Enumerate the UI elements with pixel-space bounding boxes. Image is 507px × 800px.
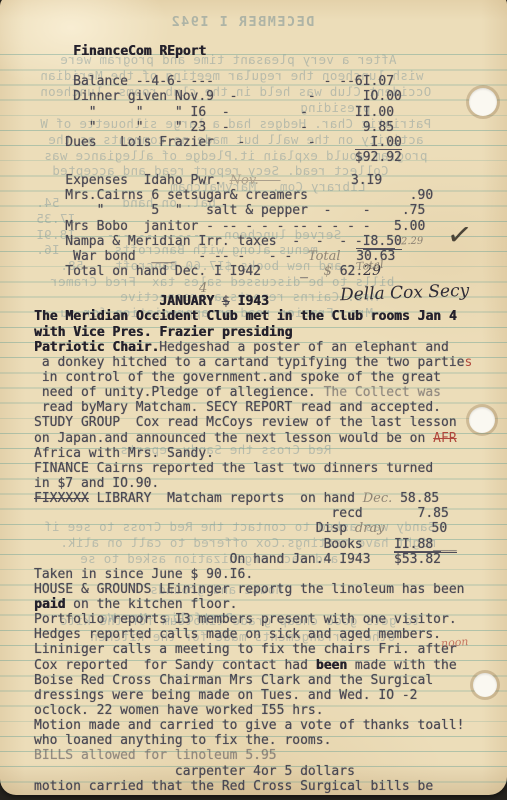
typed-line: Dinner given Nov.9 - - IO.00 — [34, 89, 507, 104]
typed-line: Nampa & Meridian Irr. taxes - - - -I8.50 — [34, 234, 507, 249]
text-segment: Books — [34, 537, 394, 552]
typed-line: Portfolio reports I3 members present wit… — [34, 612, 507, 627]
typed-line: paid on the kitchen floor. — [34, 597, 507, 612]
text-segment: paid — [34, 597, 65, 612]
typed-line: Expenses Idaho Pwr. Nov. ---- 3.I9 — [34, 173, 507, 188]
text-segment: 29 — [363, 263, 381, 279]
text-segment: on Japan.and announced the next lesson w… — [34, 431, 433, 446]
text-segment: made with the — [347, 658, 457, 673]
text-segment: AFR — [433, 431, 456, 446]
text-segment: The Meridian Occident Club met in the Cl… — [34, 309, 457, 324]
typed-line: Africa with Mrs. Sandy. — [34, 446, 507, 461]
text-segment: Portfolio reports I3 members present wit… — [34, 612, 457, 627]
text-segment: on the kitchen floor. — [65, 597, 237, 612]
text-segment: Disp — [34, 521, 355, 536]
text-segment: BILLS allowed for linoleum 5.95 — [34, 748, 277, 763]
text-segment: in $7 and IO.90. — [34, 476, 159, 491]
typed-line: Dues Lois Frazier - - I.00 — [34, 135, 507, 150]
text-segment: $ — [324, 264, 332, 279]
text-segment: dray — [355, 521, 385, 536]
text-segment: recd 7.85 — [34, 506, 449, 521]
text-segment: Dinner given Nov.9 - - IO.00 — [34, 89, 402, 104]
text-segment: FINANCE Cairns reported the last two din… — [34, 461, 433, 476]
typed-line: Mrs.Cairns 6 setsugar& creamers .90 — [34, 188, 507, 203]
typed-line: On hand Jan.4 I943 $53.82 — [34, 552, 507, 567]
text-segment: On hand Jan.4 I943 — [34, 552, 394, 567]
text-segment: FIXXXXX — [34, 491, 89, 506]
text-segment: read byMary Matcham. SECY REPORT read an… — [34, 400, 441, 415]
typed-line: FINANCE Cairns reported the last two din… — [34, 461, 507, 476]
typed-line — [34, 279, 507, 294]
text-segment: Africa with Mrs. Sandy. — [34, 446, 214, 461]
typed-line: " " " 23 - - 9.85 — [34, 120, 507, 135]
text-segment: $53.82 — [394, 551, 441, 567]
text-segment: Total — [308, 249, 341, 264]
text-segment: I943 — [230, 294, 269, 309]
typed-line: need of unity.Pledge of allegience. The … — [34, 385, 507, 400]
typed-line: FIXXXXX LIBRARY Matcham reports on hand … — [34, 491, 507, 506]
typed-line: JANUARY $ I943 — [34, 294, 507, 309]
typed-line: Boise Red Cross Chairman Mrs Clark and t… — [34, 673, 507, 688]
typed-line: Patriotic Chair.Hedgeshad a poster of an… — [34, 340, 507, 355]
text-segment: Nampa & Meridian Irr. taxes - - - - — [34, 234, 363, 249]
typed-line: with Vice Pres. Frazier presiding — [34, 325, 507, 340]
text-segment: Dues Lois Frazier - - I.00 — [34, 135, 402, 150]
text-segment — [34, 150, 355, 165]
typed-line: " " " I6 - - II.00 — [34, 105, 507, 120]
text-segment: motion carried that the Red Cross Surgic… — [34, 779, 433, 794]
text-segment: War bond ___ - -- - - - — [34, 249, 308, 264]
text-segment: 30.63 — [356, 248, 395, 264]
text-segment: $92.92 — [355, 149, 402, 165]
punch-hole — [469, 407, 495, 433]
typed-line: carpenter 4or 5 dollars — [34, 764, 507, 779]
text-segment: Balance --4-6- --- - --6I.07 — [34, 74, 394, 89]
text-segment: Cox reported for Sandy contact had — [34, 658, 316, 673]
typed-line: a donkey hitched to a cartand typifying … — [34, 355, 507, 370]
typed-line: HOUSE & GROUNDS LEininger reportg the li… — [34, 582, 507, 597]
typed-line: Books II.88___ — [34, 537, 507, 552]
typed-line: $92.92 — [34, 150, 507, 165]
typed-line: Balance --4-6- --- - --6I.07 — [34, 74, 507, 89]
typed-line: in control of the government.and spoke o… — [34, 370, 507, 385]
text-segment: Mrs Bobo janitor - -- - - - -- - - - - 5… — [34, 219, 425, 234]
text-segment — [341, 249, 357, 264]
punch-hole — [473, 673, 497, 697]
text-segment: s — [464, 355, 472, 370]
text-segment: who loaned anything to fix the. rooms. — [34, 733, 331, 748]
typed-line: War bond ___ - -- - - - Total 30.63 — [34, 249, 507, 264]
text-segment: " " " I6 - - II.00 — [34, 105, 394, 120]
text-segment: STUDY GROUP Cox read McCoys review of th… — [34, 415, 457, 430]
text-segment: Hedgeshad a poster of an elephant and — [159, 340, 449, 355]
typed-line: BILLS allowed for linoleum 5.95 — [34, 748, 507, 763]
text-segment: JANUARY — [159, 294, 222, 309]
typed-line: Taken in since June $ 90.I6. — [34, 567, 507, 582]
typed-line: on Japan.and announced the next lesson w… — [34, 431, 507, 446]
text-segment: dressings were being made on Tues. and W… — [34, 688, 418, 703]
text-segment: Total on hand Dec. I I942 _ — [34, 264, 324, 279]
typed-text-block: FinanceCom REport Balance --4-6- --- - -… — [34, 44, 507, 794]
text-segment: Boise Red Cross Chairman Mrs Clark and t… — [34, 673, 433, 688]
typed-line: Total on hand Dec. I I942 _ $ 62.29 — [34, 264, 507, 279]
typed-line — [34, 59, 507, 74]
text-segment: Patriotic Chair. — [34, 340, 159, 355]
text-segment: Motion made and carried to give a vote o… — [34, 718, 464, 733]
typed-line: Hedges reported calls made on sick and a… — [34, 627, 507, 642]
text-segment: need of unity.Pledge of allegience. — [34, 385, 316, 400]
text-segment: 50 — [385, 521, 448, 536]
text-segment: a donkey hitched to a cartand typifying … — [34, 355, 464, 370]
text-segment: Dec. — [363, 491, 393, 506]
text-segment: carpenter 4or 5 dollars — [34, 764, 355, 779]
text-segment: LIBRARY Matcham reports on hand — [89, 491, 363, 506]
typed-line: oclock. 22 women have worked I55 hrs. — [34, 703, 507, 718]
text-segment: oclock. 22 women have worked I55 hrs. — [34, 703, 324, 718]
typed-line: The Meridian Occident Club met in the Cl… — [34, 309, 507, 324]
text-segment: Nov. ---- — [230, 173, 281, 188]
text-segment: HOUSE & GROUNDS LEininger reportg the li… — [34, 582, 464, 597]
text-segment: 3.I9 — [281, 173, 383, 188]
text-segment: 62. — [332, 264, 363, 279]
typed-line: who loaned anything to fix the. rooms. — [34, 733, 507, 748]
text-segment: Mrs.Cairns 6 setsugar& creamers .90 — [34, 188, 433, 203]
typed-line: Mrs Bobo janitor - -- - - - -- - - - - 5… — [34, 219, 507, 234]
text-segment: Lininiger calls a meeting to fix the cha… — [34, 642, 457, 657]
text-segment: Taken in since June $ 90.I6. — [34, 567, 253, 582]
typed-line: " 5 " salt & pepper - - .75 — [34, 203, 507, 218]
typed-line: Disp dray 50 — [34, 521, 507, 536]
text-segment: with Vice Pres. Frazier presiding — [34, 325, 292, 340]
typed-line: FinanceCom REport — [34, 44, 507, 59]
typed-line: dressings were being made on Tues. and W… — [34, 688, 507, 703]
typed-line: motion carried that the Red Cross Surgic… — [34, 779, 507, 794]
typed-line: recd 7.85 — [34, 506, 507, 521]
text-segment: Hedges reported calls made on sick and a… — [34, 627, 441, 642]
punch-hole — [469, 88, 497, 116]
text-segment — [34, 294, 159, 309]
text-segment: The Collect was — [316, 385, 441, 400]
text-segment: been — [316, 658, 347, 673]
text-segment: in control of the government.and spoke o… — [34, 370, 441, 385]
typed-line: read byMary Matcham. SECY REPORT read an… — [34, 400, 507, 415]
text-segment: $ — [222, 294, 230, 309]
text-segment: Expenses Idaho Pwr. — [34, 173, 230, 188]
scanned-page: DECEMBER I I942After a very pleasant tim… — [0, 0, 507, 795]
typed-line: Cox reported for Sandy contact had been … — [34, 658, 507, 673]
bleed-through-text: DECEMBER I I942 — [170, 14, 314, 30]
text-segment: " " " 23 - - 9.85 — [34, 120, 394, 135]
typed-line: STUDY GROUP Cox read McCoys review of th… — [34, 415, 507, 430]
typed-line: in $7 and IO.90. — [34, 476, 507, 491]
typed-line: Lininiger calls a meeting to fix the cha… — [34, 642, 507, 657]
text-segment: " 5 " salt & pepper - - .75 — [34, 203, 425, 218]
text-segment: 58.85 — [392, 491, 439, 506]
typed-line: Motion made and carried to give a vote o… — [34, 718, 507, 733]
text-segment: FinanceCom REport — [34, 44, 206, 59]
